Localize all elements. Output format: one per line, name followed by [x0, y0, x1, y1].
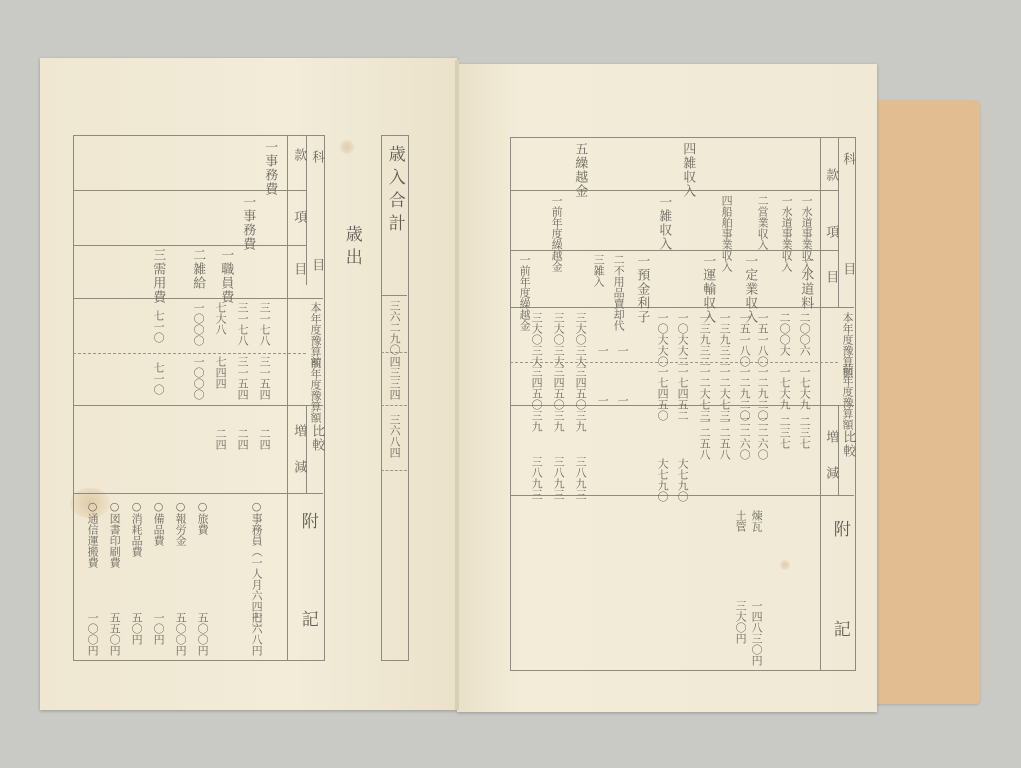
r-diff-6: 大七九〇 — [676, 458, 688, 502]
left-note-5-amount: 五五〇円 — [108, 612, 120, 656]
header-comparison: 比較 — [309, 424, 323, 452]
r-header-current-budget: 本年度豫算額 — [823, 312, 853, 360]
r-moku-6: 一預金利子 — [634, 254, 648, 324]
left-moku-1: 二雑給 — [190, 248, 204, 290]
r-kou-0: 一水道事業収入 — [780, 195, 792, 272]
left-moku-3: 三需用費 — [150, 248, 164, 304]
left-note-4-amount: 五〇円 — [130, 612, 142, 645]
r-current-7: 一〇大大〇 — [656, 312, 668, 367]
r-header-moku: 目 — [840, 262, 854, 276]
r-kan-1: 四雑収入 — [680, 142, 694, 198]
r-kou-2: 四船舶事業収入 — [720, 195, 732, 272]
r-moku-9: 三雑入 — [592, 254, 604, 287]
r-diff-3: 二二六〇 — [738, 416, 750, 460]
left-note-4: ○消耗品費 — [130, 500, 142, 557]
section-title-expenditure: 歳出 — [342, 225, 361, 271]
r-diff-0: 二三七 — [798, 416, 810, 449]
left-note-2-amount: 五〇〇円 — [174, 612, 186, 656]
r-current-2: 一五一八〇 — [756, 312, 768, 367]
header-kou: 項 — [291, 210, 305, 224]
row-divider — [73, 405, 323, 406]
r-prev-2: 一二九二〇 — [756, 366, 768, 421]
col-divider — [820, 137, 821, 670]
r-current-1: 二〇〇大 — [778, 312, 790, 356]
header-notes-2: 記 — [298, 610, 317, 633]
r-note-0-amount: 一四八三〇円 — [750, 600, 762, 666]
r-diff-7: 大七九〇 — [656, 458, 668, 502]
r-prev-5: 一二大七三 — [698, 366, 710, 421]
r-kou-3: 一雑収入 — [656, 195, 670, 251]
col-divider — [838, 137, 839, 307]
r-header-ka: 科 — [840, 152, 854, 166]
revenue-total-current: 三六二九〇 — [388, 300, 400, 355]
row-divider — [73, 298, 323, 299]
r-current-8: 一 — [616, 345, 628, 356]
r-header-decrease: 減 — [823, 466, 837, 480]
r-header-increase: 増 — [823, 430, 837, 444]
header-previous-budget: 前年度豫算額 — [291, 357, 321, 405]
left-note-3: ○備品費 — [152, 500, 164, 546]
r-prev-12: 三四五〇三九 — [530, 366, 542, 432]
r-kou-4: 一前年度繰越金 — [550, 195, 562, 272]
left-moku-0: 一職員費 — [218, 248, 232, 304]
book-spine — [455, 60, 459, 710]
col-divider — [287, 135, 288, 660]
r-header-kou: 項 — [823, 225, 837, 239]
r-prev-1: 一七大九 — [778, 366, 790, 410]
r-note-0: 煉瓦 — [750, 510, 762, 532]
row-divider — [73, 353, 306, 354]
left-note-1-amount: 五〇〇円 — [196, 612, 208, 656]
r-current-0: 二〇〇六 — [798, 312, 810, 356]
r-current-4: 一三九三二 — [718, 312, 730, 367]
left-prev-2: 一〇〇〇 — [192, 356, 204, 400]
r-diff-11: 三八九三 — [552, 456, 564, 500]
r-prev-11: 三四五〇三九 — [552, 366, 564, 432]
row-divider — [510, 190, 838, 191]
r-header-previous-budget: 前年度豫算額 — [823, 364, 853, 412]
paper-tab — [872, 100, 980, 704]
r-diff-12: 三八九三 — [530, 456, 542, 500]
r-prev-4: 一二大七三 — [718, 366, 730, 421]
left-current-0b: 三一七八 — [236, 302, 248, 346]
header-current-budget: 本年度豫算額 — [291, 302, 321, 350]
r-diff-2: 二二六〇 — [756, 416, 768, 460]
r-note-1: 土管 — [734, 510, 746, 532]
r-prev-9: 一 — [596, 395, 608, 406]
left-note-1: ○旅費 — [196, 500, 208, 535]
r-moku-0: 一水道料 — [798, 254, 812, 310]
r-current-11: 三大〇三大 — [552, 312, 564, 367]
header-increase: 増 — [291, 424, 305, 438]
r-prev-6: 一七四五二 — [676, 366, 688, 421]
revenue-total-previous: 四三三四 — [388, 356, 400, 400]
row-divider — [381, 405, 407, 406]
revenue-total-change: 三六八四 — [388, 414, 400, 458]
r-note-1-amount: 三大〇円 — [734, 600, 746, 644]
r-current-12: 三大〇三大 — [530, 312, 542, 367]
paper-stain — [340, 140, 354, 154]
header-kan: 款 — [291, 148, 305, 162]
r-diff-10: 三八九三 — [574, 456, 586, 500]
left-current-1: 七大八 — [214, 302, 226, 335]
r-current-6: 一〇大大二 — [676, 312, 688, 367]
row-divider — [73, 245, 306, 246]
r-moku-8: 二不用品賣却代 — [612, 254, 624, 331]
r-header-comparison: 比較 — [840, 430, 854, 458]
left-kou-0: 一事務費 — [240, 195, 254, 251]
r-prev-7: 一七四五〇 — [656, 366, 668, 421]
revenue-total-label: 歳入合計 — [385, 145, 404, 237]
left-current-2: 一〇〇〇 — [192, 302, 204, 346]
left-note-5: ○図書印刷費 — [108, 500, 120, 568]
r-header-notes-1: 附 — [830, 520, 849, 543]
left-note-0-amount: 七六八円 — [250, 612, 262, 656]
r-moku-10: 一前年度繰越金 — [518, 254, 530, 331]
r-current-3: 一五一八〇 — [738, 312, 750, 367]
left-diff-0: 二四 — [258, 428, 270, 450]
left-note-6-amount: 一〇〇円 — [86, 612, 98, 656]
r-prev-8: 一 — [616, 395, 628, 406]
r-diff-4: 一二五八 — [718, 416, 730, 460]
header-ka: 科 — [309, 150, 323, 164]
r-current-10: 三大〇三大 — [574, 312, 586, 367]
col-divider — [306, 135, 307, 285]
left-note-6: ○通信運搬費 — [86, 500, 98, 568]
row-divider — [381, 470, 407, 471]
left-prev-1: 七四四 — [214, 356, 226, 389]
left-note-3-amount: 一〇円 — [152, 612, 164, 645]
r-header-kan: 款 — [823, 168, 837, 182]
left-note-2: ○報労金 — [174, 500, 186, 546]
r-prev-0: 一七大九 — [798, 366, 810, 410]
row-divider — [381, 295, 407, 296]
header-decrease: 減 — [291, 460, 305, 474]
r-diff-5: 一二五八 — [698, 416, 710, 460]
left-diff-0b: 二四 — [236, 428, 248, 450]
col-divider — [306, 405, 307, 493]
left-kan-0: 一事務費 — [262, 140, 276, 196]
col-divider — [838, 405, 839, 495]
r-kou-1: 二営業収入 — [756, 195, 768, 250]
left-prev-0b: 三一五四 — [236, 356, 248, 400]
left-prev-0: 三一五四 — [258, 356, 270, 400]
left-diff-1: 二四 — [214, 428, 226, 450]
r-diff-1: 二三七 — [778, 416, 790, 449]
left-prev-3: 七一〇 — [152, 362, 164, 395]
r-header-notes-2: 記 — [830, 620, 849, 643]
header-mokku: 目 — [291, 262, 305, 276]
row-divider — [73, 493, 323, 494]
r-header-mokku: 目 — [823, 270, 837, 284]
r-prev-3: 一二九二〇 — [738, 366, 750, 421]
left-current-3: 七一〇 — [152, 310, 164, 343]
r-current-5: 一三九三二 — [698, 312, 710, 367]
header-moku: 目 — [309, 258, 323, 272]
r-prev-10: 三四五〇三九 — [574, 366, 586, 432]
left-current-0: 三一七八 — [258, 302, 270, 346]
r-current-9: 一 — [596, 345, 608, 356]
header-notes-1: 附 — [298, 512, 317, 535]
r-kan-2: 五繰越金 — [572, 142, 586, 198]
